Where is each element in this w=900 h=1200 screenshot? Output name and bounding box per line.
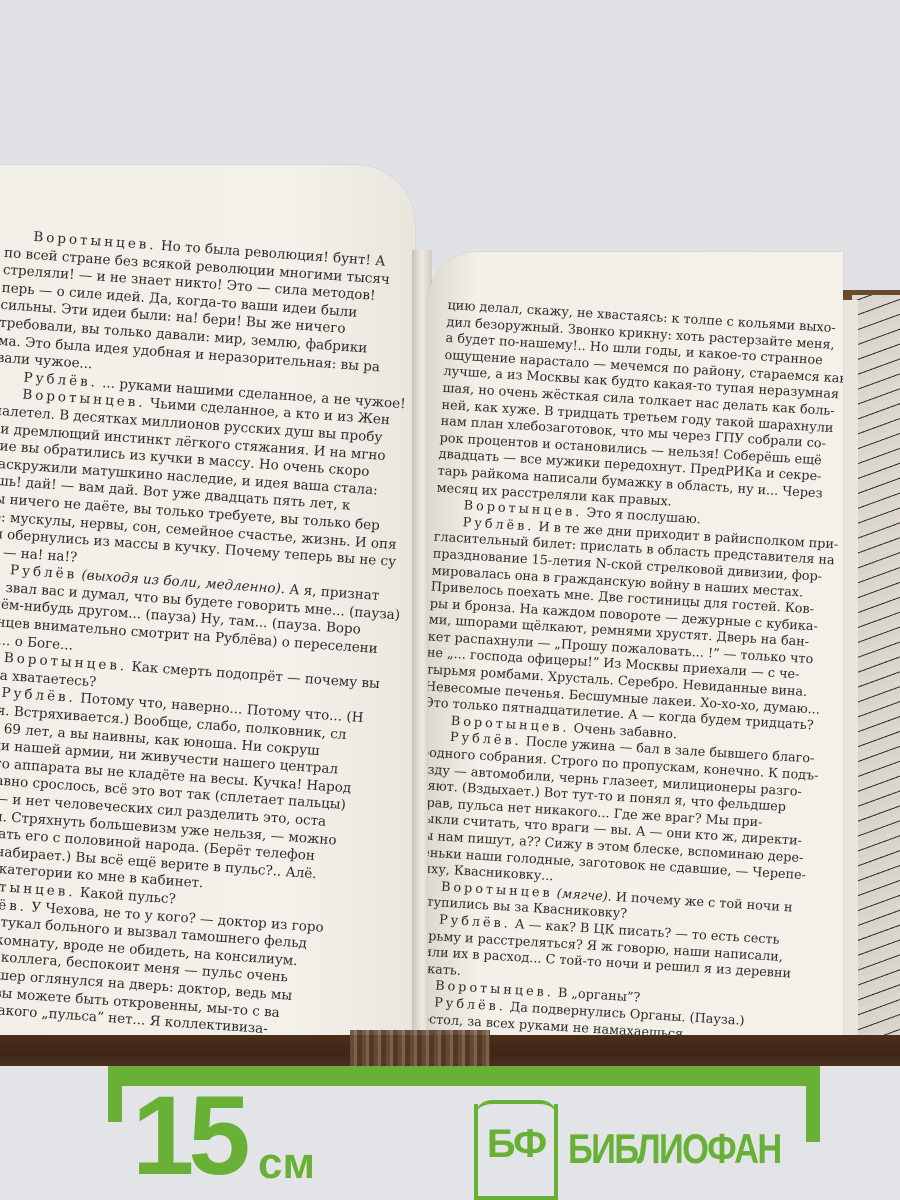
- stage-direction: (мягче).: [552, 886, 612, 904]
- right-page: цию делал, скажу, не хвастаясь: к толпе …: [428, 252, 843, 1042]
- speaker-name: лёв.: [0, 896, 28, 915]
- right-page-text: цию делал, скажу, не хвастаясь: к толпе …: [428, 298, 843, 1042]
- photo-scene: Воротынцев. Но то была революция! бунт! …: [0, 0, 900, 1200]
- size-value: 15: [132, 1080, 245, 1192]
- left-page: Воротынцев. Но то была революция! бунт! …: [0, 165, 415, 1040]
- marbled-endpaper: [852, 295, 900, 1035]
- ruler-bracket-left: [108, 1066, 122, 1122]
- size-unit: см: [258, 1142, 315, 1186]
- logo-letters: БФ: [478, 1122, 554, 1166]
- worn-spine-area: [350, 1030, 490, 1068]
- brand-name: БИБЛИОФАН: [568, 1127, 781, 1171]
- line-text: бежать.: [428, 961, 461, 979]
- left-page-text: Воротынцев. Но то была революция! бунт! …: [0, 227, 415, 1040]
- ruler-bracket-right: [806, 1066, 820, 1142]
